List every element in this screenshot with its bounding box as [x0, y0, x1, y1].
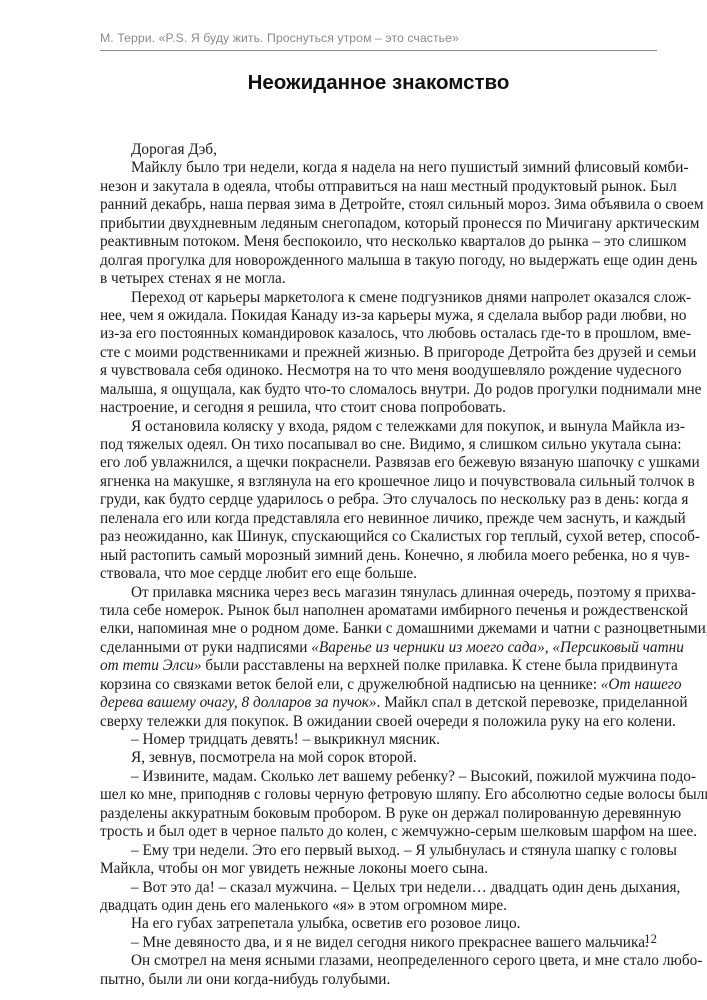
text-line: ягненка на макушке, я взглянула на его к… — [100, 473, 657, 491]
text-line: разделены аккуратным боковым пробором. В… — [100, 805, 657, 823]
text-line: корзина со связками веток белой ели, с д… — [100, 676, 657, 694]
text-line: я чувствовала себя одиноко. Несмотря на … — [100, 362, 657, 380]
page-number: 12 — [630, 931, 657, 947]
italic-quote: «От нашего — [601, 676, 682, 693]
header-rule — [100, 50, 657, 51]
text-line: раз неожиданно, как Шинук, спускающийся … — [100, 528, 657, 546]
text-line: незон и закутала в одеяла, чтобы отправи… — [100, 178, 657, 196]
italic-quote: дерева вашему очагу, 8 долларов за пучок… — [100, 694, 377, 711]
text-line: дерева вашему очагу, 8 долларов за пучок… — [100, 694, 657, 712]
text-line: трость и был одет в черное пальто до кол… — [100, 823, 657, 841]
text-line: сте с моими родственниками и прежней жиз… — [100, 344, 657, 362]
text-line: – Ему три недели. Это его первый выход. … — [100, 842, 657, 860]
text-line: ствовала, что мое сердце любит его еще б… — [100, 565, 657, 583]
text-line: сделанными от руки надписями «Варенье из… — [100, 639, 657, 657]
book-page: М. Терри. «P.S. Я буду жить. Проснуться … — [0, 0, 707, 1000]
text-line: Майклу было три недели, когда я надела н… — [100, 159, 657, 177]
text-line: тила себе номерок. Рынок был наполнен ар… — [100, 602, 657, 620]
text-line: Я, зевнув, посмотрела на мой сорок второ… — [100, 749, 657, 767]
text-line: сверху тележки для покупок. В ожидании с… — [100, 713, 657, 731]
italic-quote: от тети Элси» — [100, 657, 202, 674]
text-line: от тети Элси» были расставлены на верхне… — [100, 657, 657, 675]
text-line: На его губах затрепетала улыбка, осветив… — [100, 915, 657, 933]
chapter-title: Неожиданное знакомство — [100, 71, 657, 95]
text-line: двадцать один день его маленького «я» в … — [100, 897, 657, 915]
text-line: из-за его постоянных командировок казало… — [100, 325, 657, 343]
text-line: Он смотрел на меня ясными глазами, неопр… — [100, 952, 657, 970]
text-line: в четырех стенах я не могла. — [100, 270, 657, 288]
text-line: Майкла, чтобы он мог увидеть нежные локо… — [100, 860, 657, 878]
text-line: прибытии двухдневным ледяным снегопадом,… — [100, 215, 657, 233]
text-line: Переход от карьеры маркетолога к смене п… — [100, 289, 657, 307]
text-line: реактивным потоком. Меня беспокоило, что… — [100, 233, 657, 251]
text-line: шел ко мне, приподняв с головы черную фе… — [100, 786, 657, 804]
text-line: пытно, были ли они когда-нибудь голубыми… — [100, 971, 657, 989]
text-line: груди, как будто сердце ударилось о ребр… — [100, 491, 657, 509]
text-line: его лоб увлажнился, а щечки покраснели. … — [100, 454, 657, 472]
text-line: – Вот это да! – сказал мужчина. – Целых … — [100, 879, 657, 897]
text-line: От прилавка мясника через весь магазин т… — [100, 584, 657, 602]
text-line: под тяжелых одеял. Он тихо посапывал во … — [100, 436, 657, 454]
text-line: настроение, и сегодня я решила, что стои… — [100, 399, 657, 417]
italic-quote: «Варенье из черники из моего сада», «Пер… — [311, 639, 684, 656]
text-line: – Номер тридцать девять! – выкрикнул мяс… — [100, 731, 657, 749]
text-line: ный растопить самый морозный зимний день… — [100, 547, 657, 565]
body-text: Дорогая Дэб,Майклу было три недели, когд… — [100, 141, 657, 989]
text-line: елки, напоминая мне о родном доме. Банки… — [100, 620, 657, 638]
text-line: ранний декабрь, наша первая зима в Детро… — [100, 196, 657, 214]
text-line: пеленала его или когда представляла его … — [100, 510, 657, 528]
text-line: малыша, я ощущала, как будто что-то слом… — [100, 381, 657, 399]
text-line: Дорогая Дэб, — [100, 141, 657, 159]
text-line: нее, чем я ожидала. Покидая Канаду из-за… — [100, 307, 657, 325]
text-line: – Мне девяносто два, и я не видел сегодн… — [100, 934, 657, 952]
text-line: Я остановила коляску у входа, рядом с те… — [100, 418, 657, 436]
running-header: М. Терри. «P.S. Я буду жить. Проснуться … — [100, 31, 657, 45]
text-line: долгая прогулка для новорожденного малыш… — [100, 252, 657, 270]
text-line: – Извините, мадам. Сколько лет вашему ре… — [100, 768, 657, 786]
